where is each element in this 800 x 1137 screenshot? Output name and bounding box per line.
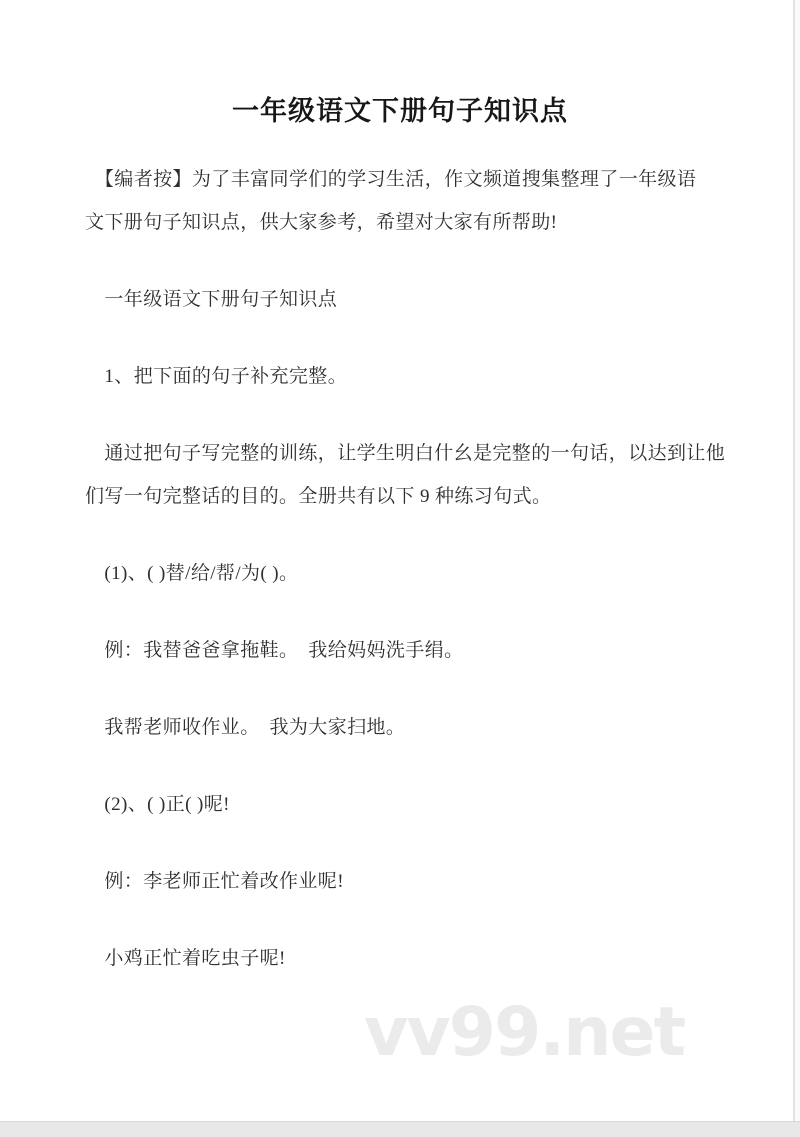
paragraph: 通过把句子写完整的训练，让学生明白什幺是完整的一句话，以达到让他们写一句完整话的… [85, 432, 745, 518]
paragraph: (2)、( )正( )呢! [85, 783, 745, 826]
paragraph: 例：我替爸爸拿拖鞋。 我给妈妈洗手绢。 [85, 629, 745, 672]
text-line: (2)、( )正( )呢! [85, 783, 745, 826]
paragraph: 一年级语文下册句子知识点 [85, 278, 745, 321]
paragraph: 【编者按】为了丰富同学们的学习生活，作文频道搜集整理了一年级语文下册句子知识点，… [85, 158, 745, 244]
text-line: 一年级语文下册句子知识点 [85, 278, 745, 321]
page-title: 一年级语文下册句子知识点 [0, 89, 800, 128]
document-body: 【编者按】为了丰富同学们的学习生活，作文频道搜集整理了一年级语文下册句子知识点，… [85, 158, 745, 1014]
text-line: 小鸡正忙着吃虫子呢! [85, 937, 745, 980]
text-line: 【编者按】为了丰富同学们的学习生活，作文频道搜集整理了一年级语 [85, 158, 745, 201]
page-right-edge [793, 0, 795, 1121]
text-line: 我帮老师收作业。 我为大家扫地。 [85, 706, 745, 749]
page-right-outside-area [795, 0, 800, 1121]
paragraph: 1、把下面的句子补充完整。 [85, 355, 745, 398]
text-line: 们写一句完整话的目的。全册共有以下 9 种练习句式。 [85, 475, 745, 518]
page-bottom-outside-area [0, 1121, 800, 1137]
paragraph: 小鸡正忙着吃虫子呢! [85, 937, 745, 980]
text-line: 1、把下面的句子补充完整。 [85, 355, 745, 398]
paragraph: 例：李老师正忙着改作业呢! [85, 860, 745, 903]
paragraph: 我帮老师收作业。 我为大家扫地。 [85, 706, 745, 749]
text-line: (1)、( )替/给/帮/为( )。 [85, 552, 745, 595]
text-line: 例：我替爸爸拿拖鞋。 我给妈妈洗手绢。 [85, 629, 745, 672]
watermark: vv99.net [364, 993, 684, 1072]
text-line: 例：李老师正忙着改作业呢! [85, 860, 745, 903]
document-page: 一年级语文下册句子知识点 【编者按】为了丰富同学们的学习生活，作文频道搜集整理了… [0, 0, 800, 1137]
paragraph: (1)、( )替/给/帮/为( )。 [85, 552, 745, 595]
text-line: 文下册句子知识点，供大家参考，希望对大家有所帮助! [85, 201, 745, 244]
text-line: 通过把句子写完整的训练，让学生明白什幺是完整的一句话，以达到让他 [85, 432, 745, 475]
